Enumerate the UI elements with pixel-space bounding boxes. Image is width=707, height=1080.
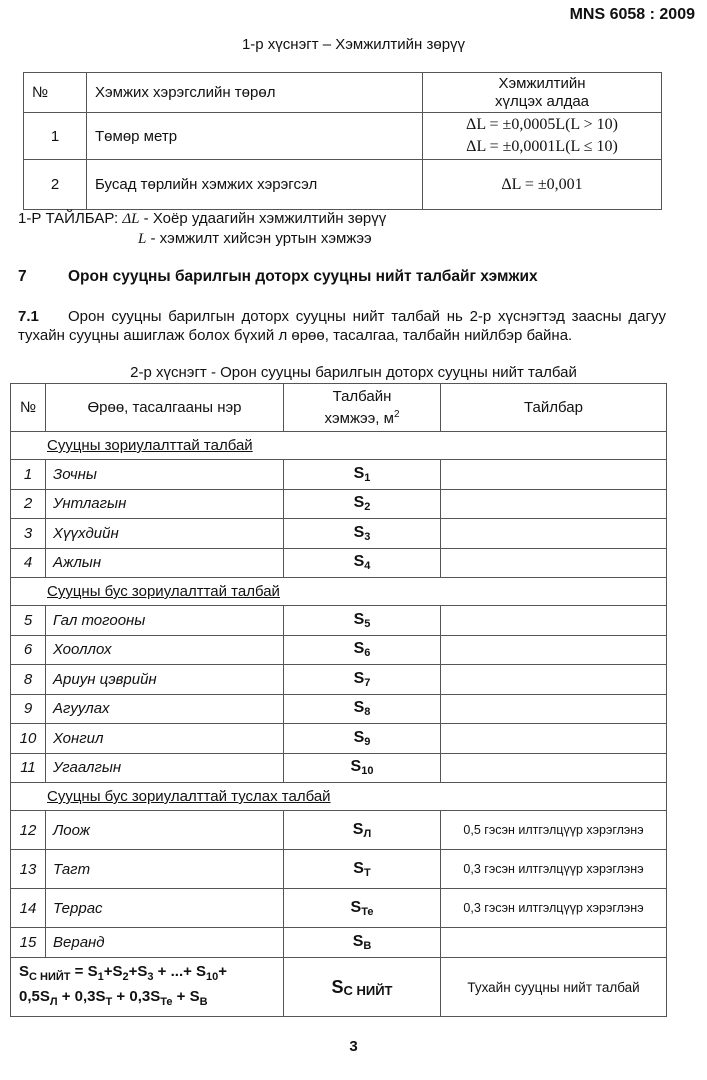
total-symbol-subscript: С нийт <box>343 983 392 998</box>
row-no: 10 <box>11 724 46 754</box>
row-note <box>441 519 667 549</box>
row-room-name: Гал тогооны <box>46 606 284 636</box>
table-row: 5Гал тогооныS5 <box>11 606 667 636</box>
area-symbol: S3 <box>354 524 371 541</box>
header-area: Талбайн хэмжээ, м2 <box>284 384 441 432</box>
row-room-name: Унтлагын <box>46 489 284 519</box>
section-heading: 7Орон сууцны барилгын доторх сууцны нийт… <box>18 268 538 286</box>
row-room-name: Веранд <box>46 928 284 958</box>
table-row: 1 Төмөр метр ΔL = ±0,0005L(L > 10) ΔL = … <box>24 113 662 160</box>
area-symbol: SТ <box>353 860 370 877</box>
row-room-name: Хооллох <box>46 635 284 665</box>
formula-line: ΔL = ±0,0005L(L > 10) <box>423 114 661 136</box>
clause-paragraph: 7.1Орон сууцны барилгын доторх сууцны ни… <box>18 307 666 345</box>
row-area-symbol: S2 <box>284 489 441 519</box>
tolerance-table: № Хэмжих хэрэгслийн төрөл Хэмжилтийн хүл… <box>23 72 662 210</box>
area-symbol-base: S <box>354 465 365 482</box>
header-tolerance: Хэмжилтийн хүлцэх алдаа <box>423 73 662 113</box>
area-symbol: S8 <box>354 699 371 716</box>
row-area-symbol: S4 <box>284 548 441 578</box>
row-note <box>441 635 667 665</box>
table1-note: 1-Р ТАЙЛБАР: ΔL - Хоёр удаагийн хэмжилти… <box>18 209 386 249</box>
clause-number: 7.1 <box>18 307 68 326</box>
row-no: 13 <box>11 850 46 889</box>
row-area-symbol: S3 <box>284 519 441 549</box>
row-no: 5 <box>11 606 46 636</box>
section-title-cell: Сууцны бус зориулалттай талбай <box>11 578 667 606</box>
row-note <box>441 665 667 695</box>
row-no: 9 <box>11 694 46 724</box>
header-area-line1: Талбайн <box>284 388 440 406</box>
area-symbol-subscript: 3 <box>364 531 370 543</box>
row-area-symbol: S10 <box>284 753 441 783</box>
header-no: № <box>11 384 46 432</box>
area-table: № Өрөө, тасалгааны нэр Талбайн хэмжээ, м… <box>10 383 667 1017</box>
row-tolerance-formula: ΔL = ±0,001 <box>423 160 662 210</box>
row-room-name: Хүүхдийн <box>46 519 284 549</box>
header-tolerance-line1: Хэмжилтийн <box>423 75 661 93</box>
table-row: 4АжлынS4 <box>11 548 667 578</box>
area-symbol: S6 <box>354 640 371 657</box>
row-note <box>441 606 667 636</box>
table-header-row: № Өрөө, тасалгааны нэр Талбайн хэмжээ, м… <box>11 384 667 432</box>
row-area-symbol: S5 <box>284 606 441 636</box>
section-row: Сууцны бус зориулалттай туслах талбай <box>11 783 667 811</box>
row-note: 0,3 гэсэн илтгэлцүүр хэрэглэнэ <box>441 889 667 928</box>
row-no: 12 <box>11 811 46 850</box>
row-room-name: Ариун цэврийн <box>46 665 284 695</box>
row-note <box>441 928 667 958</box>
row-no: 1 <box>11 460 46 490</box>
area-symbol-base: S <box>354 494 365 511</box>
row-room-name: Агуулах <box>46 694 284 724</box>
area-symbol-base: S <box>353 933 364 950</box>
table-header-row: № Хэмжих хэрэгслийн төрөл Хэмжилтийн хүл… <box>24 73 662 113</box>
area-symbol-base: S <box>351 758 362 775</box>
header-note: Тайлбар <box>441 384 667 432</box>
row-room-name: Угаалгын <box>46 753 284 783</box>
row-no: 11 <box>11 753 46 783</box>
standard-code: MNS 6058 : 2009 <box>570 6 695 24</box>
row-note <box>441 753 667 783</box>
area-symbol-subscript: Л <box>363 828 371 840</box>
row-area-symbol: SТе <box>284 889 441 928</box>
row-area-symbol: S9 <box>284 724 441 754</box>
table-row: 3ХүүхдийнS3 <box>11 519 667 549</box>
note-label: 1-Р ТАЙЛБАР: <box>18 210 118 227</box>
row-instrument: Бусад төрлийн хэмжих хэрэгсэл <box>87 160 423 210</box>
total-formula-line2: 0,5SЛ + 0,3SТ + 0,3SТе + SВ <box>19 987 283 1012</box>
area-symbol-subscript: 5 <box>364 618 370 630</box>
page-number: 3 <box>0 1038 707 1055</box>
row-area-symbol: SТ <box>284 850 441 889</box>
area-symbol-base: S <box>354 670 365 687</box>
table-row: 10ХонгилS9 <box>11 724 667 754</box>
table-row: 15ВерандSВ <box>11 928 667 958</box>
area-symbol-base: S <box>354 611 365 628</box>
row-area-symbol: S8 <box>284 694 441 724</box>
area-symbol: S5 <box>354 611 371 628</box>
area-symbol: S2 <box>354 494 371 511</box>
formula-line: ΔL = ±0,001 <box>423 174 661 196</box>
row-no: 1 <box>24 113 87 160</box>
total-note: Тухайн сууцны нийт талбай <box>441 958 667 1017</box>
area-symbol: S4 <box>354 553 371 570</box>
header-instrument-type: Хэмжих хэрэгслийн төрөл <box>87 73 423 113</box>
section-title-cell: Сууцны зориулалттай талбай <box>11 432 667 460</box>
row-area-symbol: SВ <box>284 928 441 958</box>
row-no: 15 <box>11 928 46 958</box>
table2-caption: 2-р хүснэгт - Орон сууцны барилгын дотор… <box>0 364 707 381</box>
area-symbol-subscript: 1 <box>364 472 370 484</box>
area-symbol-base: S <box>353 821 364 838</box>
header-no: № <box>24 73 87 113</box>
total-formula: SС НИЙТ = S1+S2+S3 + ...+ S10+0,5SЛ + 0,… <box>11 958 284 1017</box>
table1-caption: 1-р хүснэгт – Хэмжилтийн зөрүү <box>0 36 707 53</box>
area-symbol: S10 <box>351 758 374 775</box>
row-note <box>441 489 667 519</box>
formula-line: ΔL = ±0,0001L(L ≤ 10) <box>423 136 661 158</box>
table-row: 2УнтлагынS2 <box>11 489 667 519</box>
row-note <box>441 460 667 490</box>
note-symbol: ΔL <box>122 211 139 227</box>
row-room-name: Лоож <box>46 811 284 850</box>
total-symbol: SС нийт <box>331 977 392 997</box>
section-title: Сууцны зориулалттай талбай <box>47 437 253 454</box>
row-area-symbol: S6 <box>284 635 441 665</box>
area-symbol-base: S <box>354 699 365 716</box>
note-text: - Хоёр удаагийн хэмжилтийн зөрүү <box>140 210 387 227</box>
row-room-name: Хонгил <box>46 724 284 754</box>
section-title: Сууцны бус зориулалттай талбай <box>47 583 280 600</box>
header-area-sup: 2 <box>394 409 400 420</box>
note-line: 1-Р ТАЙЛБАР: ΔL - Хоёр удаагийн хэмжилти… <box>18 209 386 229</box>
row-no: 3 <box>11 519 46 549</box>
header-area-line2: хэмжээ, м2 <box>284 406 440 428</box>
row-instrument: Төмөр метр <box>87 113 423 160</box>
area-symbol: S9 <box>354 729 371 746</box>
area-symbol-subscript: 7 <box>364 677 370 689</box>
section-row: Сууцны зориулалттай талбай <box>11 432 667 460</box>
clause-text: Орон сууцны барилгын доторх сууцны нийт … <box>18 308 666 344</box>
area-symbol-base: S <box>351 899 362 916</box>
row-no: 2 <box>24 160 87 210</box>
table-row: 8Ариун цэврийнS7 <box>11 665 667 695</box>
area-symbol-subscript: 4 <box>364 560 370 572</box>
table-row: 14ТеррасSТе0,3 гэсэн илтгэлцүүр хэрэглэн… <box>11 889 667 928</box>
area-symbol-subscript: Те <box>361 906 373 918</box>
row-area-symbol: SЛ <box>284 811 441 850</box>
row-note <box>441 694 667 724</box>
area-symbol-subscript: 9 <box>364 736 370 748</box>
total-row: SС НИЙТ = S1+S2+S3 + ...+ S10+0,5SЛ + 0,… <box>11 958 667 1017</box>
table-row: 11УгаалгынS10 <box>11 753 667 783</box>
area-symbol: SВ <box>353 933 372 950</box>
total-symbol-base: S <box>331 977 343 997</box>
table-row: 9АгуулахS8 <box>11 694 667 724</box>
table-row: 1ЗочныS1 <box>11 460 667 490</box>
row-note <box>441 724 667 754</box>
row-room-name: Террас <box>46 889 284 928</box>
area-symbol-base: S <box>354 524 365 541</box>
area-symbol: SЛ <box>353 821 371 838</box>
row-room-name: Тагт <box>46 850 284 889</box>
area-symbol-base: S <box>353 860 364 877</box>
row-note: 0,3 гэсэн илтгэлцүүр хэрэглэнэ <box>441 850 667 889</box>
row-room-name: Ажлын <box>46 548 284 578</box>
row-no: 8 <box>11 665 46 695</box>
total-area-symbol: SС нийт <box>284 958 441 1017</box>
header-tolerance-line2: хүлцэх алдаа <box>423 93 661 111</box>
row-area-symbol: S1 <box>284 460 441 490</box>
area-symbol-subscript: 8 <box>364 706 370 718</box>
note-line: L - хэмжилт хийсэн уртын хэмжээ <box>18 229 386 249</box>
table-row: 13ТагтSТ0,3 гэсэн илтгэлцүүр хэрэглэнэ <box>11 850 667 889</box>
area-symbol-subscript: 10 <box>361 765 373 777</box>
row-tolerance-formula: ΔL = ±0,0005L(L > 10) ΔL = ±0,0001L(L ≤ … <box>423 113 662 160</box>
section-title: Орон сууцны барилгын доторх сууцны нийт … <box>68 268 538 285</box>
table-row: 6ХооллохS6 <box>11 635 667 665</box>
area-symbol-base: S <box>354 553 365 570</box>
note-text: - хэмжилт хийсэн уртын хэмжээ <box>146 230 371 247</box>
header-area-unit: хэмжээ, м <box>324 410 393 427</box>
area-symbol-base: S <box>354 729 365 746</box>
area-symbol-base: S <box>354 640 365 657</box>
area-symbol-subscript: В <box>363 940 371 952</box>
row-area-symbol: S7 <box>284 665 441 695</box>
row-no: 6 <box>11 635 46 665</box>
row-note: 0,5 гэсэн илтгэлцүүр хэрэглэнэ <box>441 811 667 850</box>
section-title-cell: Сууцны бус зориулалттай туслах талбай <box>11 783 667 811</box>
area-symbol-subscript: 6 <box>364 647 370 659</box>
area-symbol: SТе <box>351 899 374 916</box>
header-room-name: Өрөө, тасалгааны нэр <box>46 384 284 432</box>
table-row: 2 Бусад төрлийн хэмжих хэрэгсэл ΔL = ±0,… <box>24 160 662 210</box>
area-symbol-subscript: 2 <box>364 501 370 513</box>
row-note <box>441 548 667 578</box>
section-title: Сууцны бус зориулалттай туслах талбай <box>47 788 331 805</box>
table-row: 12ЛоожSЛ0,5 гэсэн илтгэлцүүр хэрэглэнэ <box>11 811 667 850</box>
area-symbol-subscript: Т <box>364 867 371 879</box>
row-no: 14 <box>11 889 46 928</box>
total-formula-line1: SС НИЙТ = S1+S2+S3 + ...+ S10+ <box>19 962 283 987</box>
section-number: 7 <box>18 268 68 286</box>
section-row: Сууцны бус зориулалттай талбай <box>11 578 667 606</box>
row-no: 4 <box>11 548 46 578</box>
area-symbol: S7 <box>354 670 371 687</box>
row-room-name: Зочны <box>46 460 284 490</box>
row-no: 2 <box>11 489 46 519</box>
area-symbol: S1 <box>354 465 371 482</box>
